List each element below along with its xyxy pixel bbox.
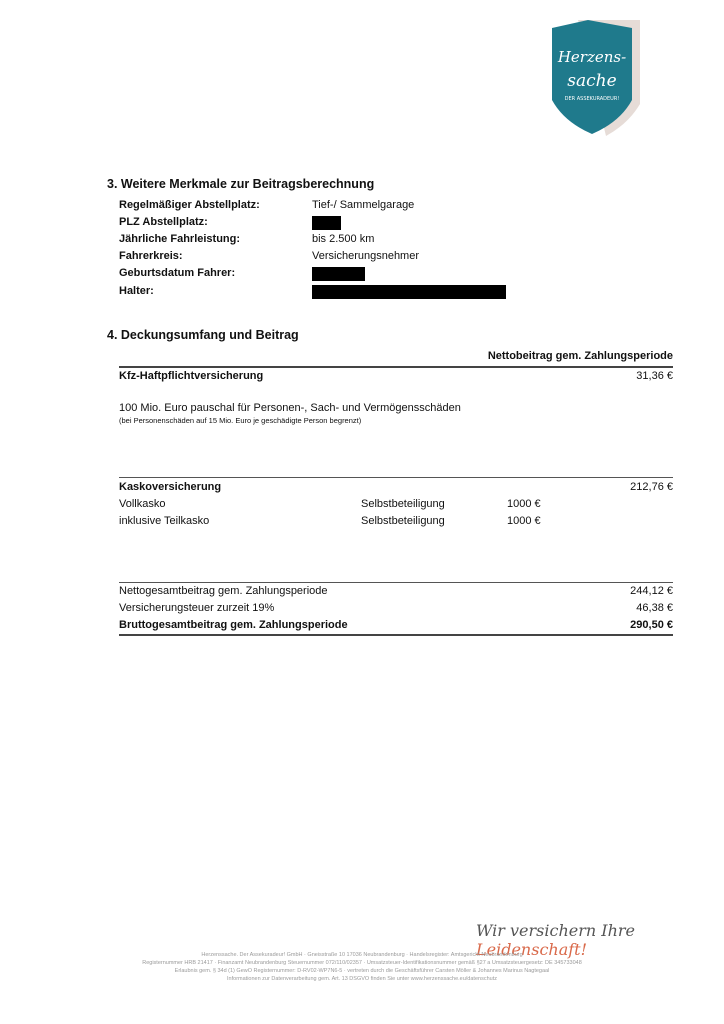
divider xyxy=(119,634,673,636)
value-fahrerkreis: Versicherungsnehmer xyxy=(312,250,419,262)
redacted-halter xyxy=(312,285,506,299)
tax-amount: 46,38 € xyxy=(500,602,673,614)
teilkasko-label: inklusive Teilkasko xyxy=(119,515,209,527)
section-3-title: 3. Weitere Merkmale zur Beitragsberechnu… xyxy=(107,177,374,191)
value-abstellplatz: Tief-/ Sammelgarage xyxy=(312,199,414,211)
label-fahrleistung: Jährliche Fahrleistung: xyxy=(119,233,240,245)
vollkasko-sb-label: Selbstbeteiligung xyxy=(361,498,445,510)
haftpflicht-coverage: 100 Mio. Euro pauschal für Personen-, Sa… xyxy=(119,402,461,414)
divider xyxy=(119,366,673,368)
divider xyxy=(119,582,673,583)
footer-line: Registernummer HRB 21417 · Finanzamt Neu… xyxy=(0,960,724,966)
kasko-label: Kaskoversicherung xyxy=(119,481,221,493)
redacted-plz xyxy=(312,216,341,230)
column-header: Nettobeitrag gem. Zahlungsperiode xyxy=(400,350,673,362)
footer-line: Erlaubnis gem. § 34d (1) GewO Registernu… xyxy=(0,968,724,974)
net-total-label: Nettogesamtbeitrag gem. Zahlungsperiode xyxy=(119,585,328,597)
footer-line: Informationen zur Datenverarbeitung gem.… xyxy=(0,976,724,982)
value-fahrleistung: bis 2.500 km xyxy=(312,233,374,245)
section-4-title: 4. Deckungsumfang und Beitrag xyxy=(107,328,299,342)
net-total-amount: 244,12 € xyxy=(500,585,673,597)
label-abstellplatz: Regelmäßiger Abstellplatz: xyxy=(119,199,260,211)
kasko-amount: 212,76 € xyxy=(500,481,673,493)
label-geburtsdatum: Geburtsdatum Fahrer: xyxy=(119,267,235,279)
vollkasko-label: Vollkasko xyxy=(119,498,165,510)
divider xyxy=(119,477,673,478)
vollkasko-sb-value: 1000 € xyxy=(507,498,541,510)
teilkasko-sb-value: 1000 € xyxy=(507,515,541,527)
gross-total-amount: 290,50 € xyxy=(500,619,673,631)
haftpflicht-coverage-note: (bei Personenschäden auf 15 Mio. Euro je… xyxy=(119,416,361,425)
redacted-geburtsdatum xyxy=(312,267,365,281)
haftpflicht-amount: 31,36 € xyxy=(500,370,673,382)
svg-text:DER ASSEKURADEUR!: DER ASSEKURADEUR! xyxy=(565,96,620,102)
tax-label: Versicherungsteuer zurzeit 19% xyxy=(119,602,274,614)
teilkasko-sb-label: Selbstbeteiligung xyxy=(361,515,445,527)
gross-total-label: Bruttogesamtbeitrag gem. Zahlungsperiode xyxy=(119,619,348,631)
haftpflicht-label: Kfz-Haftpflichtversicherung xyxy=(119,370,263,382)
label-plz: PLZ Abstellplatz: xyxy=(119,216,208,228)
label-halter: Halter: xyxy=(119,285,154,297)
svg-text:Herzens-: Herzens- xyxy=(557,48,626,66)
svg-text:sache: sache xyxy=(567,71,616,91)
label-fahrerkreis: Fahrerkreis: xyxy=(119,250,183,262)
footer-line: Herzenssache. Der Assekuradeur! GmbH · G… xyxy=(0,952,724,958)
company-logo: Herzens- sache DER ASSEKURADEUR! xyxy=(548,16,644,138)
